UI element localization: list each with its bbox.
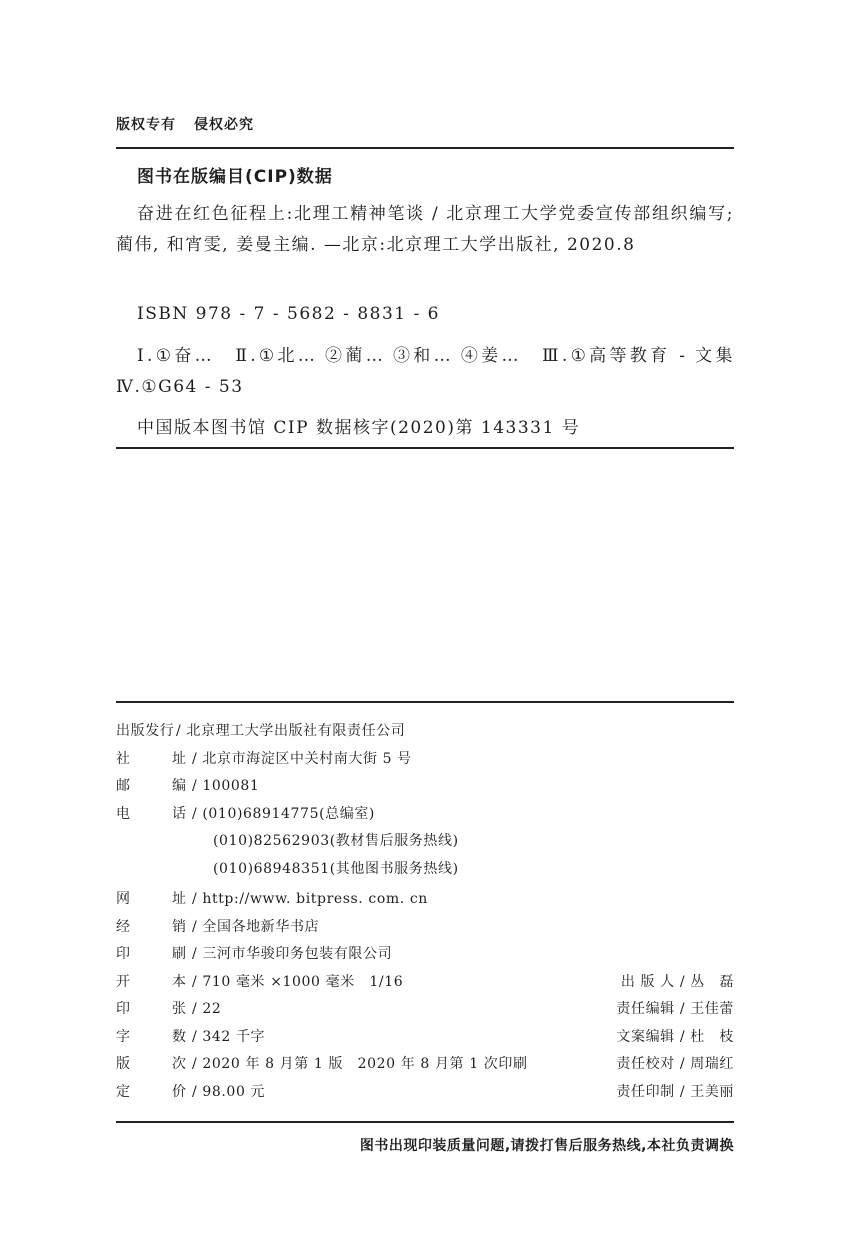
divider-info-top	[116, 701, 734, 703]
info-row-phone-3: (010)68948351(其他图书服务热线)	[116, 856, 734, 884]
info-label: 版	[116, 1051, 131, 1079]
info-row-postcode: 邮 编 / 100081	[116, 773, 734, 801]
info-label: 字	[116, 1024, 131, 1052]
info-row-word-count: 字 数 / 342 千字 文案编辑 / 杜 枝	[116, 1024, 734, 1052]
publication-info: 出版发行 / 北京理工大学出版社有限责任公司 社 址 / 北京市海淀区中关村南大…	[116, 718, 734, 1106]
info-row-sheets: 印 张 / 22 责任编辑 / 王佳蕾	[116, 996, 734, 1024]
cip-description: 奋进在红色征程上:北理工精神笔谈 / 北京理工大学党委宣传部组织编写; 蔺伟, …	[116, 199, 734, 261]
info-label: 印	[116, 996, 131, 1024]
quality-notice: 图书出现印装质量问题,请拨打售后服务热线,本社负责调换	[360, 1135, 734, 1155]
info-row-publisher: 出版发行 / 北京理工大学出版社有限责任公司	[116, 718, 734, 746]
info-row-format: 开 本 / 710 毫米 ×1000 毫米 1/16 出 版 人 / 丛 磊	[116, 969, 734, 997]
info-label: 本	[172, 969, 187, 997]
info-label: 电	[116, 801, 131, 829]
info-value: / 22	[192, 996, 221, 1024]
info-label: 数	[172, 1024, 187, 1052]
info-label: 开	[116, 969, 131, 997]
info-row-distribution: 经 销 / 全国各地新华书店	[116, 914, 734, 942]
proofreader: 责任校对 / 周瑞红	[616, 1051, 734, 1079]
infringement-notice: 侵权必究	[194, 117, 254, 133]
responsible-editor: 责任编辑 / 王佳蕾	[616, 996, 734, 1024]
info-value: (010)82562903(教材售后服务热线)	[213, 828, 459, 856]
info-label: 编	[172, 773, 187, 801]
info-label: 价	[172, 1079, 187, 1107]
print-supervisor: 责任印制 / 王美丽	[616, 1079, 734, 1107]
cip-classification: Ⅰ.①奋… Ⅱ.①北… ②蔺… ③和… ④姜… Ⅲ.①高等教育 - 文集 Ⅳ.①…	[116, 341, 734, 403]
info-row-edition: 版 次 / 2020 年 8 月第 1 版 2020 年 8 月第 1 次印刷 …	[116, 1051, 734, 1079]
cip-number: 中国版本图书馆 CIP 数据核字(2020)第 143331 号	[116, 413, 734, 444]
copyright-reserved: 版权专有	[116, 117, 176, 133]
info-label: 经	[116, 914, 131, 942]
info-row-printing: 印 刷 / 三河市华骏印务包装有限公司	[116, 941, 734, 969]
info-value: (010)68948351(其他图书服务热线)	[213, 856, 459, 884]
info-label: 邮	[116, 773, 131, 801]
info-value: / 北京市海淀区中关村南大街 5 号	[192, 746, 412, 774]
info-label: 印	[116, 941, 131, 969]
info-value: / 北京理工大学出版社有限责任公司	[176, 718, 405, 746]
info-row-price: 定 价 / 98.00 元 责任印制 / 王美丽	[116, 1079, 734, 1107]
info-label: 址	[172, 886, 187, 914]
price-value: / 98.00 元	[192, 1079, 265, 1107]
divider-bottom	[116, 1121, 734, 1123]
info-value: / 710 毫米 ×1000 毫米 1/16	[192, 969, 403, 997]
isbn: ISBN 978 - 7 - 5682 - 8831 - 6	[116, 299, 734, 330]
info-label: 址	[172, 746, 187, 774]
cip-title: 图书在版编目(CIP)数据	[137, 162, 333, 187]
info-row-website: 网 址 / http://www. bitpress. com. cn	[116, 886, 734, 914]
info-label: 定	[116, 1079, 131, 1107]
info-value: / 全国各地新华书店	[192, 914, 319, 942]
info-value: / (010)68914775(总编室)	[192, 801, 375, 829]
info-value: / 三河市华骏印务包装有限公司	[192, 941, 392, 969]
info-label: 销	[172, 914, 187, 942]
copy-editor: 文案编辑 / 杜 枝	[616, 1024, 734, 1052]
info-label: 社	[116, 746, 131, 774]
info-row-address: 社 址 / 北京市海淀区中关村南大街 5 号	[116, 746, 734, 774]
info-label: 话	[172, 801, 187, 829]
info-label: 次	[172, 1051, 187, 1079]
info-label: 刷	[172, 941, 187, 969]
info-row-phone: 电 话 / (010)68914775(总编室)	[116, 801, 734, 829]
divider-top	[116, 147, 734, 149]
info-label: 网	[116, 886, 131, 914]
publisher-person: 出 版 人 / 丛 磊	[621, 969, 734, 997]
website-link[interactable]: / http://www. bitpress. com. cn	[192, 886, 428, 914]
info-label: 张	[172, 996, 187, 1024]
info-value: / 2020 年 8 月第 1 版 2020 年 8 月第 1 次印刷	[192, 1051, 528, 1079]
info-value: / 342 千字	[192, 1024, 265, 1052]
info-value: / 100081	[192, 773, 259, 801]
info-row-phone-2: (010)82562903(教材售后服务热线)	[116, 828, 734, 856]
info-label: 出版发行	[116, 718, 174, 746]
copyright-notice: 版权专有侵权必究	[116, 114, 254, 134]
divider-cip-bottom	[116, 447, 734, 449]
